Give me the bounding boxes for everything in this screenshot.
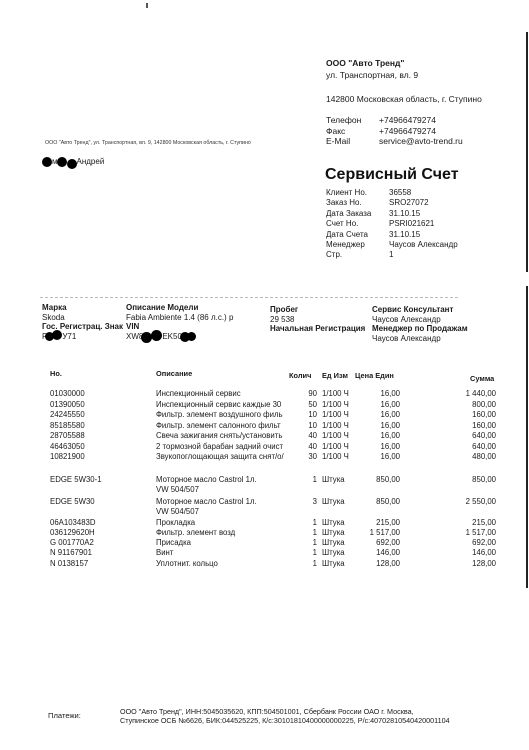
- payments-line-1: ООО "Авто Тренд", ИНН:5045035620, КПП:50…: [120, 707, 450, 716]
- item-quantity: 40: [300, 431, 317, 440]
- item-description-line-2: VW 504/507: [156, 485, 199, 494]
- payments-details: ООО "Авто Тренд", ИНН:5045035620, КПП:50…: [120, 707, 450, 725]
- col-header-unit: Ед Изм: [322, 371, 348, 380]
- scan-speck: [146, 3, 148, 8]
- field-value-page: 1: [389, 250, 458, 260]
- col-header-desc: Описание: [156, 369, 192, 378]
- redaction-mark: [52, 330, 62, 340]
- contact-label-fax: Факс: [326, 126, 379, 137]
- payments-line-2: Ступинское ОСБ №6626, БИК:044525225, К/с…: [120, 716, 450, 725]
- item-number: N 0138157: [50, 559, 88, 568]
- company-contacts: Телефон +74966479274 Факс +74966479274 E…: [326, 115, 482, 147]
- redaction-mark: [57, 157, 67, 167]
- item-number: 01390050: [50, 400, 85, 409]
- field-value-invoice-no: PSRI021621: [389, 219, 458, 229]
- item-number: G 001770A2: [50, 538, 94, 547]
- item-unit-price: 16,00: [340, 431, 400, 440]
- col-header-sum: Сумма: [470, 374, 494, 383]
- item-description: Инспекционный сервис каждые 30: [156, 400, 281, 409]
- consultant-value: Чаусов Александр: [372, 315, 468, 325]
- item-description: Моторное масло Castrol 1л.: [156, 497, 257, 506]
- item-quantity: 40: [300, 442, 317, 451]
- company-name: ООО "Авто Тренд": [326, 57, 482, 69]
- col-header-no: Но.: [50, 369, 62, 378]
- item-sum: 1 440,00: [430, 389, 496, 398]
- item-number: 06A103483D: [50, 518, 96, 527]
- item-description: Фильтр. элемент салонного фильт: [156, 421, 281, 430]
- item-sum: 146,00: [430, 548, 496, 557]
- company-city: 142800 Московская область, г. Ступино: [326, 93, 482, 105]
- field-value-order-date: 31.10.15: [389, 209, 458, 219]
- redaction-mark: [151, 330, 162, 341]
- item-number: 85185580: [50, 421, 85, 430]
- item-unit-price: 692,00: [340, 538, 400, 547]
- item-quantity: 10: [300, 410, 317, 419]
- recipient-first-name: Андрей: [77, 157, 105, 166]
- item-description: Фильтр. элемент возд: [156, 528, 235, 537]
- item-number: 28705588: [50, 431, 85, 440]
- model-value: Fabia Ambiente 1.4 (86 л.с.) р: [126, 313, 233, 323]
- vin-label: VIN: [126, 322, 233, 332]
- item-quantity: 90: [300, 389, 317, 398]
- vehicle-staff-block: Сервис Консультант Чаусов Александр Мене…: [372, 305, 468, 343]
- item-unit-price: 16,00: [340, 442, 400, 451]
- vehicle-mileage-block: Пробег 29 538 Начальная Регистрация: [270, 305, 365, 334]
- redaction-mark: [42, 157, 52, 167]
- vehicle-model-block: Описание Модели Fabia Ambiente 1.4 (86 л…: [126, 303, 233, 343]
- vehicle-make-block: Марка Skoda Гос. Регистрац. Знак Р У71: [42, 303, 123, 341]
- item-quantity: 1: [300, 528, 317, 537]
- item-quantity: 3: [300, 497, 317, 506]
- item-description: Моторное масло Castrol 1л.: [156, 475, 257, 484]
- item-unit-price: 16,00: [340, 400, 400, 409]
- contact-value-fax: +74966479274: [379, 126, 482, 137]
- field-value-invoice-date: 31.10.15: [389, 230, 458, 240]
- item-sum: 215,00: [430, 518, 496, 527]
- field-value-client-no: 36558: [389, 188, 458, 198]
- col-header-qty: Колич: [289, 371, 311, 380]
- item-sum: 850,00: [430, 475, 496, 484]
- item-unit-price: 16,00: [340, 410, 400, 419]
- first-registration-label: Начальная Регистрация: [270, 324, 365, 334]
- item-quantity: 10: [300, 421, 317, 430]
- make-label: Марка: [42, 303, 123, 313]
- item-sum: 128,00: [430, 559, 496, 568]
- item-quantity: 50: [300, 400, 317, 409]
- item-number: 46463050: [50, 442, 85, 451]
- redaction-mark: [187, 332, 196, 341]
- vin-mid: EK50: [162, 332, 182, 342]
- item-description: Присадка: [156, 538, 191, 547]
- item-sum: 160,00: [430, 421, 496, 430]
- invoice-title: Сервисный Счет: [325, 166, 459, 184]
- item-quantity: 1: [300, 518, 317, 527]
- item-number: N 91167901: [50, 548, 92, 557]
- item-sum: 480,00: [430, 452, 496, 461]
- item-quantity: 1: [300, 475, 317, 484]
- section-divider: [40, 297, 458, 298]
- item-unit-price: 1 517,00: [340, 528, 400, 537]
- company-block: ООО "Авто Тренд" ул. Транспортная, вл. 9…: [326, 57, 482, 147]
- item-description: Инспекционный сервис: [156, 389, 241, 398]
- scan-edge-line: [526, 286, 528, 588]
- mileage-value: 29 538: [270, 315, 365, 325]
- mileage-label: Пробег: [270, 305, 365, 315]
- item-number: EDGE 5W30-1: [50, 475, 102, 484]
- item-description: Звукопоглощающая защита снят/о/: [156, 452, 284, 461]
- item-description: Свеча зажигания снять/установить: [156, 431, 282, 440]
- item-unit-price: 850,00: [340, 475, 400, 484]
- scan-edge-line: [526, 32, 528, 272]
- item-sum: 640,00: [430, 442, 496, 451]
- item-description: Уплотнит. кольцо: [156, 559, 218, 568]
- sales-manager-value: Чаусов Александр: [372, 334, 468, 344]
- invoice-fields: Клиент Но. 36558 Заказ Но. SRO27072 Дата…: [326, 188, 458, 261]
- field-label: Стр.: [326, 250, 389, 260]
- col-header-price: Цена Един: [355, 371, 394, 380]
- payments-label: Платежи:: [48, 711, 81, 720]
- vin-value: XW8 EK50: [126, 332, 233, 343]
- item-number: 24245550: [50, 410, 85, 419]
- item-description: 2 тормозной барабан задний очист: [156, 442, 283, 451]
- item-quantity: 1: [300, 559, 317, 568]
- item-number: 01030000: [50, 389, 85, 398]
- contact-value-phone: +74966479274: [379, 115, 482, 126]
- item-description: Прокладка: [156, 518, 195, 527]
- item-sum: 1 517,00: [430, 528, 496, 537]
- contact-label-email: E-Mail: [326, 136, 379, 147]
- item-sum: 640,00: [430, 431, 496, 440]
- field-label: Заказ Но.: [326, 198, 389, 208]
- field-label: Менеджер: [326, 240, 389, 250]
- item-unit-price: 215,00: [340, 518, 400, 527]
- item-unit-price: 128,00: [340, 559, 400, 568]
- sender-address-line: ООО "Авто Тренд", ул. Транспортная, вл. …: [45, 140, 251, 146]
- item-description-line-2: VW 504/507: [156, 507, 199, 516]
- item-unit-price: 146,00: [340, 548, 400, 557]
- item-number: 036129620H: [50, 528, 95, 537]
- item-sum: 692,00: [430, 538, 496, 547]
- item-unit-price: 16,00: [340, 452, 400, 461]
- field-value-order-no: SRO27072: [389, 198, 458, 208]
- item-number: 10821900: [50, 452, 85, 461]
- item-quantity: 1: [300, 538, 317, 547]
- contact-label-phone: Телефон: [326, 115, 379, 126]
- company-street: ул. Транспортная, вл. 9: [326, 69, 482, 81]
- item-unit-price: 850,00: [340, 497, 400, 506]
- item-description: Фильтр. элемент воздушного филь: [156, 410, 283, 419]
- item-unit-price: 16,00: [340, 421, 400, 430]
- sales-manager-label: Менеджер по Продажам: [372, 324, 468, 334]
- item-unit-price: 16,00: [340, 389, 400, 398]
- consultant-label: Сервис Консультант: [372, 305, 468, 315]
- make-value: Skoda: [42, 313, 123, 323]
- contact-value-email: service@avto-trend.ru: [379, 136, 482, 147]
- field-label: Клиент Но.: [326, 188, 389, 198]
- item-quantity: 1: [300, 548, 317, 557]
- item-sum: 800,00: [430, 400, 496, 409]
- field-label: Дата Счета: [326, 230, 389, 240]
- field-label: Дата Заказа: [326, 209, 389, 219]
- field-label: Счет Но.: [326, 219, 389, 229]
- recipient-name: м Андрей: [42, 154, 104, 169]
- field-value-manager: Чаусов Александр: [389, 240, 458, 250]
- item-sum: 2 550,00: [430, 497, 496, 506]
- plate-suffix: У71: [62, 332, 76, 342]
- plate-value: Р У71: [42, 332, 123, 342]
- item-sum: 160,00: [430, 410, 496, 419]
- item-quantity: 30: [300, 452, 317, 461]
- redaction-mark: [67, 159, 77, 169]
- item-number: EDGE 5W30: [50, 497, 95, 506]
- model-label: Описание Модели: [126, 303, 233, 313]
- item-description: Винт: [156, 548, 173, 557]
